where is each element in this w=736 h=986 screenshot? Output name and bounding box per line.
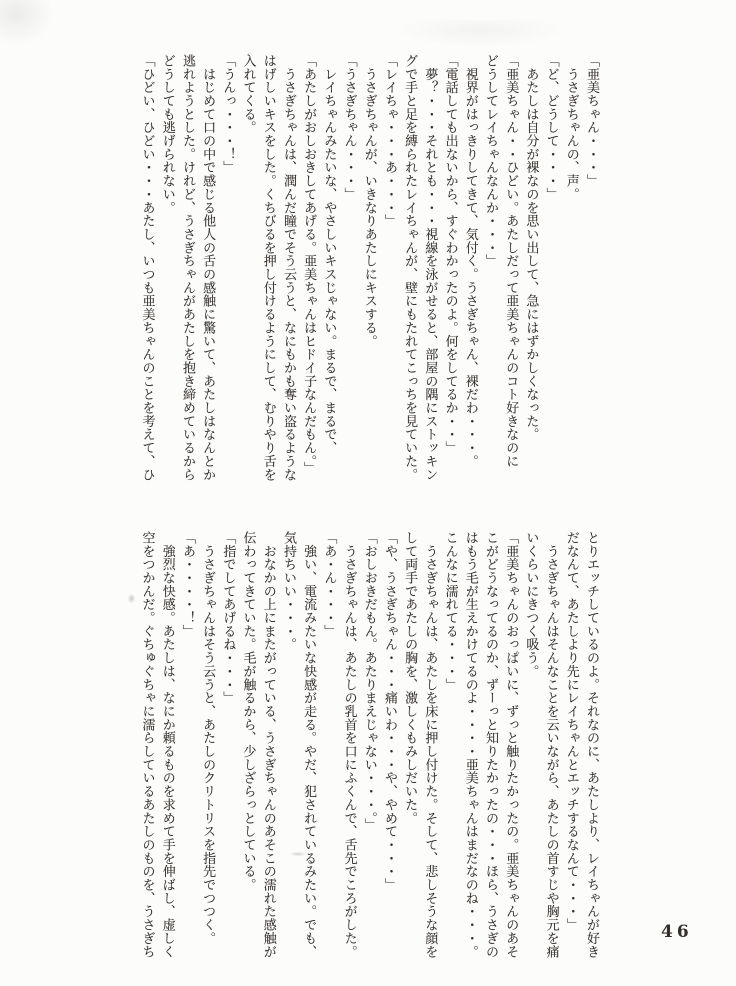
text-line: どうしても逃げられない。 <box>157 54 177 492</box>
text-line: 「おしおきだもん。あたりまえじゃない・・・。」 <box>359 531 379 969</box>
text-line: 入れてくる。 <box>237 54 257 492</box>
text-line: して両手であたしの胸を、激しくもみしだいた。 <box>399 531 419 969</box>
text-line: 強烈な快感。あたしは、なにか頼るものを求めて手を伸ばし、虚しく <box>157 531 177 969</box>
text-line: 空をつかんだ。ぐちゅぐちゃに濡らしているあたしのものを、うさぎち <box>136 531 156 969</box>
text-line: 「ひどい、ひどい・・・あたし、いつも亜美ちゃんのことを考えて、ひ <box>136 54 156 492</box>
scan-smudge <box>400 20 560 46</box>
text-line: おなかの上にまたがっている、うさぎちゃんのあそこの濡れた感触が <box>258 531 278 969</box>
text-line: 「うんっ・・・！」 <box>217 54 237 492</box>
text-line: 「うさぎちゃん・・・」 <box>338 54 358 492</box>
text-line: こがどうなってるのか、ずーっと知りたかったの・・・ほら、うさぎの <box>480 531 500 969</box>
text-line: とりエッチしているのよ。それなのに、あたしより、レイちゃんが好き <box>581 531 601 969</box>
text-line: 「ど、どうして・・・」 <box>540 54 560 492</box>
text-line: うさぎちゃんは、あたしの乳首を口にふくんで、舌先でころがした。 <box>338 531 358 969</box>
text-line: 気持ちいい・・・。 <box>278 531 298 969</box>
text-line: 「亜美ちゃん・・ひどい。あたしだって亜美ちゃんのコト好きなのに <box>500 54 520 492</box>
text-line: はもう毛が生えかけてるのよ・・・・亜美ちゃんはまだなのね・・・。 <box>460 531 480 969</box>
text-line: うさぎちゃんの、声。 <box>561 54 581 492</box>
text-line: 「亜美ちゃんのおっぱいに、ずっと触りたかったの。亜美ちゃんのあそ <box>500 531 520 969</box>
text-line: 「あたしがおしおきしてあげる。亜美ちゃんはヒドイ子なんだもん。」 <box>298 54 318 492</box>
scan-smudge <box>128 594 135 603</box>
text-line: 「や、うさぎちゃん・・・痛いわ・・・や、やめて・・・」 <box>379 531 399 969</box>
text-line: 「レイちゃ・・・あ・・・」 <box>379 54 399 492</box>
text-line: うさぎちゃんが、いきなりあたしにキスする。 <box>359 54 379 492</box>
text-line: いくらいにきつく吸う。 <box>520 531 540 969</box>
scanned-page: 「亜美ちゃん・・・」 うさぎちゃんの、声。「ど、どうして・・・」 あたしは自分が… <box>0 0 736 986</box>
text-line: うさぎちゃんはそんなことを云いながら、あたしの首すじや胸元を痛 <box>540 531 560 969</box>
vertical-text-block-top: 「亜美ちゃん・・・」 うさぎちゃんの、声。「ど、どうして・・・」 あたしは自分が… <box>136 54 601 492</box>
text-line: うさぎちゃんは、あたしを床に押し付けた。そして、悲しそうな顔を <box>419 531 439 969</box>
page-number: 46 <box>661 922 693 942</box>
text-line: グで手と足を縛られたレイちゃんが、壁にもたれてこっちを見ていた。 <box>399 54 419 492</box>
text-line: 強い、電流みたいな快感が走る。やだ、犯されているみたい。でも、 <box>298 531 318 969</box>
text-line: あたしは自分が裸なのを思い出して、急にはずかしくなった。 <box>520 54 540 492</box>
text-line: どうしてレイちゃんなんか・・・」 <box>480 54 500 492</box>
text-line: うさぎちゃんはそう云うと、あたしのクリトリスを指先でつつく。 <box>197 531 217 969</box>
text-line: だなんて、あたしより先にレイちゃんとエッチするなんて・・・」 <box>561 531 581 969</box>
scan-smudge <box>0 0 54 46</box>
text-line: 「亜美ちゃん・・・」 <box>581 54 601 492</box>
vertical-text-block-bottom: とりエッチしているのよ。それなのに、あたしより、レイちゃんが好きだなんて、あたし… <box>136 531 601 969</box>
text-line: こんなに濡れてる・・・」 <box>439 531 459 969</box>
text-line: うさぎちゃんは、潤んだ瞳でそう云うと、なにもかも奪い盗るような <box>278 54 298 492</box>
text-line: 「あ・ん・・・」 <box>318 531 338 969</box>
text-line: 「電話しても出ないから、すぐわかったのよ。何をしてるか・・」 <box>439 54 459 492</box>
text-line: はじめて口の中で感じる他人の舌の感触に驚いて、あたしはなんとか <box>197 54 217 492</box>
text-line: 夢？・・・それとも・・・視線を泳がせると、部屋の隅にストッキン <box>419 54 439 492</box>
text-line: 伝わってきていた。毛が触るから、少しざらっとしている。 <box>237 531 257 969</box>
text-line: レイちゃんみたいな、やさしいキスじゃない。まるで、まるで、 <box>318 54 338 492</box>
text-line: 逃れようとした。けれど、うさぎちゃんがあたしを抱き締めているから <box>177 54 197 492</box>
text-line: 視界がはっきりしてきて、気付く。うさぎちゃん、裸だわ・・・。 <box>460 54 480 492</box>
text-line: 「指でしてあげるね・・・」 <box>217 531 237 969</box>
text-line: はげしいキスをした。くちびるを押し付けるようにして、むりやり舌を <box>258 54 278 492</box>
text-line: 「あ・・・・！」 <box>177 531 197 969</box>
